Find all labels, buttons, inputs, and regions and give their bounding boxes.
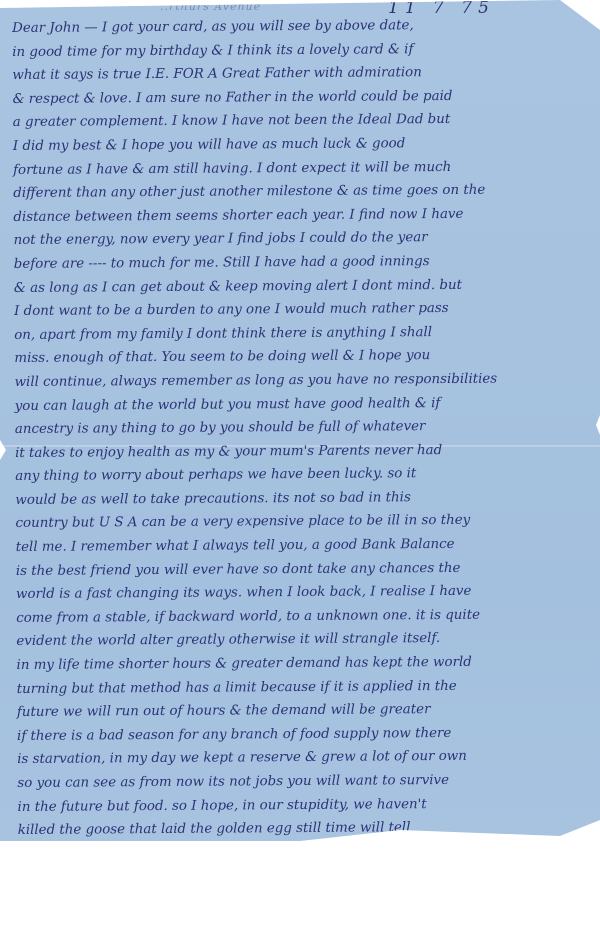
letter-line: killed the goose that laid the golden eg… bbox=[18, 815, 600, 841]
address-fragment: ..rthurs Avenue bbox=[160, 0, 261, 13]
letter-body: Dear John — I got your card, as you will… bbox=[12, 13, 600, 841]
letter-sheet: ..rthurs Avenue 11 7 75 Dear John — I go… bbox=[0, 0, 600, 841]
